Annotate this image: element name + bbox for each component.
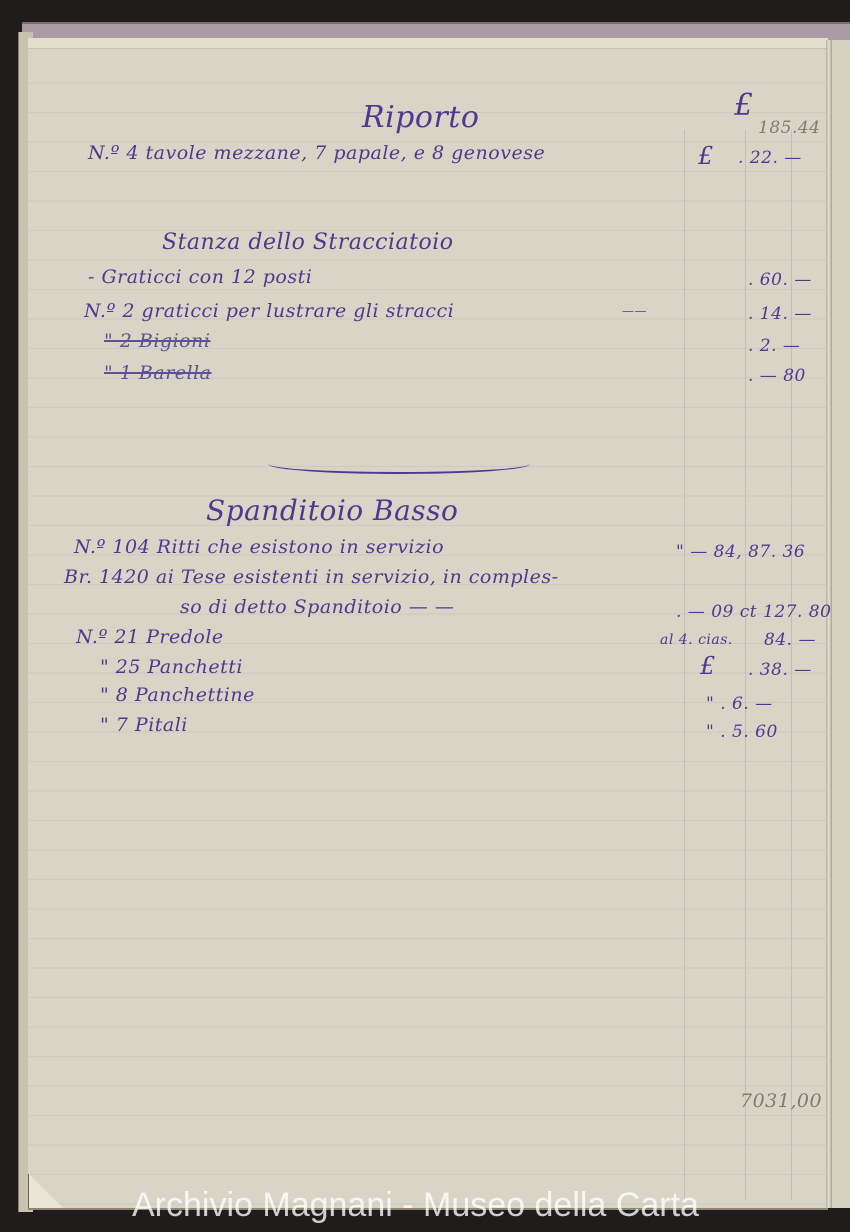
column-rule [745,130,746,1200]
ledger-amount: 84. — [764,630,816,650]
section-heading: Stanza dello Stracciatoio [162,230,454,255]
page-title: Riporto [362,100,479,135]
carried-total-pencil: 185.44 [758,118,820,138]
ledger-line: Br. 1420 ai Tese esistenti in servizio, … [64,566,559,588]
ledger-line: " 25 Panchetti [100,656,243,678]
facing-page-edge [832,40,850,1208]
ledger-amount: . — 80 [748,366,806,386]
ledger-line-struck: " 1 Barella [104,362,212,384]
page-total-pencil: 7031,00 [740,1090,822,1112]
ledger-line: N.º 21 Predole [76,626,224,648]
ledger-line: " 8 Panchettine [100,684,255,706]
ledger-amount: " . 6. — [706,694,773,714]
folded-corner [28,1174,63,1208]
ledger-page [28,40,828,1210]
archive-watermark: Archivio Magnani - Museo della Carta [132,1186,699,1225]
page-top-edge [28,38,828,49]
ledger-amount: . 60. — [748,270,812,290]
pound-sign-icon: £ [700,652,716,680]
ledger-line: N.º 2 graticci per lustrare gli stracci [84,300,454,322]
ledger-dash: —— [622,304,647,318]
ledger-line: N.º 4 tavole mezzane, 7 papale, e 8 geno… [88,142,545,164]
ledger-amount: " . 5. 60 [706,722,778,742]
section-heading: Spanditoio Basso [206,494,458,527]
ledger-line: so di detto Spanditoio — — [180,596,454,618]
ledger-amount: . 22. — [738,148,802,168]
ledger-rate: al 4. cias. [660,632,733,648]
ledger-line-struck: " 2 Bigioni [104,330,210,352]
ledger-amount: . 38. — [748,660,812,680]
ledger-line: N.º 104 Ritti che esistono in servizio [74,536,444,558]
ledger-line: " 7 Pitali [100,714,188,736]
ledger-line: - Graticci con 12 posti [88,266,312,288]
pound-sign-icon: £ [734,88,754,123]
ledger-amount: . — 09 ct 127. 80 [676,602,831,622]
ledger-amount: . 2. — [748,336,800,356]
ledger-amount: . 14. — [748,304,812,324]
column-rule [684,130,685,1200]
pound-sign-icon: £ [698,142,714,170]
ledger-amount: " — 84, 87. 36 [676,542,805,562]
